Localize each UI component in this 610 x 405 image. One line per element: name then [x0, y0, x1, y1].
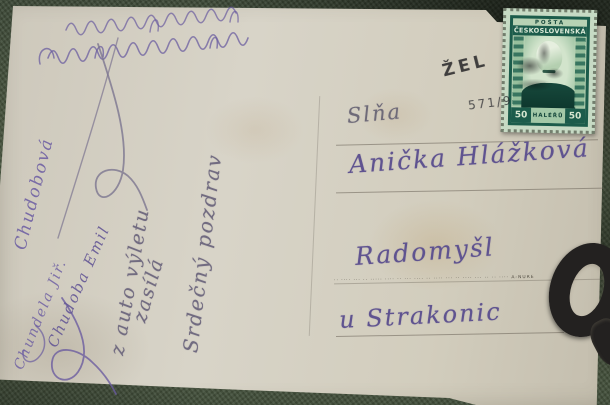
stamp-frame: POŠTA ČESKOSLOVENSKÁ 50 HALÉŘŮ 50	[508, 15, 590, 127]
stamp-value-right: 50	[565, 108, 585, 123]
portrait-head	[536, 41, 563, 74]
postcard-photo: ·· ···· ··· ·· ····· ···· ·· ··· ···· ··…	[0, 0, 610, 405]
postage-stamp: POŠTA ČESKOSLOVENSKÁ 50 HALÉŘŮ 50	[501, 8, 598, 134]
laurel-right-icon	[574, 38, 585, 108]
stamp-value-band: 50 HALÉŘŮ 50	[511, 107, 585, 124]
address-salutation: Slňa	[346, 99, 403, 128]
stamp-currency-label: HALÉŘŮ	[531, 108, 565, 124]
stamp-middle	[511, 35, 586, 109]
portrait-bust	[521, 82, 576, 108]
stamp-value-left: 50	[511, 107, 531, 122]
portrait-moustache	[542, 70, 555, 73]
stamp-portrait	[523, 35, 574, 108]
